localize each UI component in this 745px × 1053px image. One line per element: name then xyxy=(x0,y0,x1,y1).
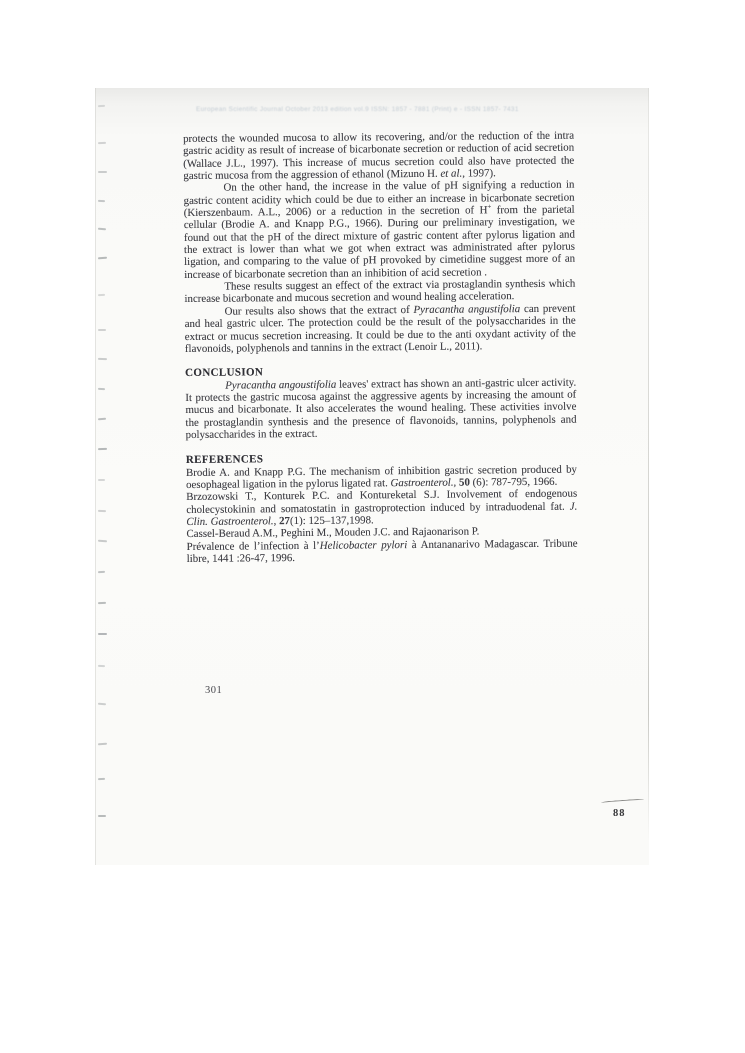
binder-mark xyxy=(98,358,107,360)
binder-mark xyxy=(98,571,105,573)
text-run: These results suggest an effect of the e… xyxy=(184,278,575,306)
page-number: 301 xyxy=(205,685,222,696)
text-run: et al. xyxy=(440,168,462,180)
binder-mark xyxy=(98,633,107,635)
conclusion-section: CONCLUSION Pyracantha angoustifolia leav… xyxy=(185,364,577,441)
binder-mark xyxy=(98,510,106,512)
conclusion-paragraph: Pyracantha angoustifolia leaves' extract… xyxy=(185,376,577,441)
binder-mark xyxy=(98,602,106,604)
binder-mark xyxy=(98,743,107,745)
text-run: Prévalence de l’infection à l’ xyxy=(187,539,320,552)
binder-mark xyxy=(98,665,105,667)
body-paragraph: On the other hand, the increase in the v… xyxy=(183,179,575,281)
binder-mark xyxy=(98,257,107,259)
text-run: protects the wounded mucosa to allow its… xyxy=(183,130,574,182)
binder-mark xyxy=(98,540,107,542)
binder-mark xyxy=(98,703,106,705)
reference-entry: Brodie A. and Knapp P.G. The mechanism o… xyxy=(186,463,577,491)
binder-mark xyxy=(98,388,105,390)
text-run: (1): 125–137,1998. xyxy=(290,514,374,527)
reference-list: Brodie A. and Knapp P.G. The mechanism o… xyxy=(186,463,578,565)
body-paragraphs: protects the wounded mucosa to allow its… xyxy=(183,130,576,356)
conclusion-paragraphs: Pyracantha angoustifolia leaves' extract… xyxy=(185,376,577,441)
references-section: REFERENCES Brodie A. and Knapp P.G. The … xyxy=(186,451,578,566)
scan-canvas: European Scientific Journal October 2013… xyxy=(0,0,745,1053)
binder-mark xyxy=(98,448,107,450)
text-run: Brzozowski T., Konturek P.C. and Konture… xyxy=(186,488,577,516)
binder-mark xyxy=(98,171,107,173)
binder-mark xyxy=(98,418,106,420)
page-text-block: protects the wounded mucosa to allow its… xyxy=(183,130,578,566)
reference-entry: Brzozowski T., Konturek P.C. and Konture… xyxy=(186,488,577,528)
binder-mark xyxy=(98,815,106,817)
binder-mark xyxy=(98,778,105,780)
binder-mark xyxy=(98,142,106,144)
reference-entry: Prévalence de l’infection à l’Helicobact… xyxy=(187,537,578,565)
text-run: Gastroenterol., xyxy=(390,477,456,490)
body-paragraph: These results suggest an effect of the e… xyxy=(184,278,575,306)
text-run: (6): 787-795, 1966. xyxy=(470,476,558,489)
journal-running-header: European Scientific Journal October 2013… xyxy=(196,106,626,113)
scanned-page: European Scientific Journal October 2013… xyxy=(95,88,649,865)
binder-mark xyxy=(98,200,105,202)
text-run: 27 xyxy=(279,515,290,527)
text-run: Pyracantha angustifolia xyxy=(413,303,520,316)
text-run: 50 xyxy=(459,476,470,488)
binder-mark xyxy=(98,105,105,107)
binder-mark xyxy=(98,479,105,481)
text-run: , 1997). xyxy=(462,167,496,179)
body-paragraph: protects the wounded mucosa to allow its… xyxy=(183,130,574,183)
body-paragraph: Our results also shows that the extract … xyxy=(185,302,576,355)
sheet-number: 88 xyxy=(613,808,626,819)
binder-mark xyxy=(98,294,105,296)
text-run: Pyracantha angoustifolia xyxy=(225,378,336,391)
binder-mark xyxy=(98,228,106,230)
binder-mark xyxy=(98,329,106,331)
text-run: Helicobacter pylori xyxy=(320,539,408,552)
